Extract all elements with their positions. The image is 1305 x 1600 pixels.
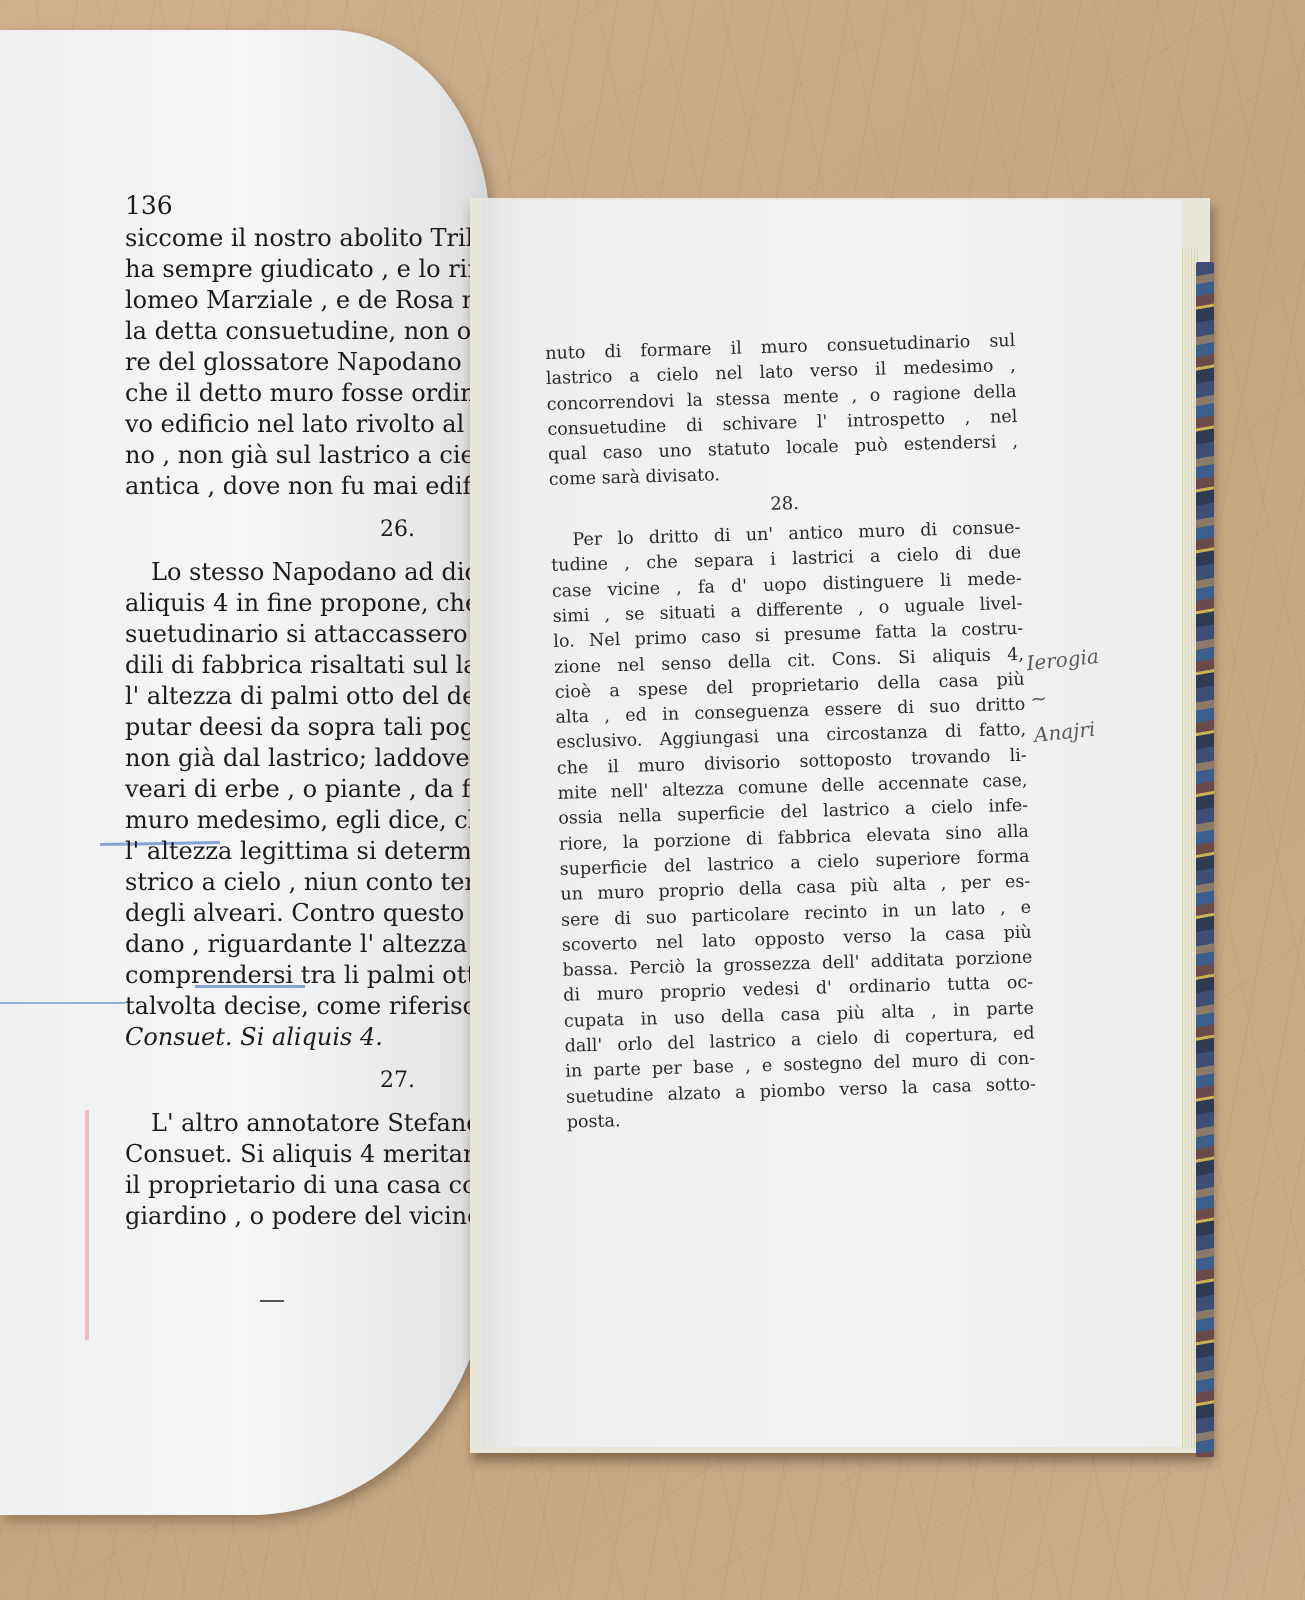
text-line: putar deesi da sopra tali poggiu (125, 712, 485, 743)
text-line: no , non già sul lastrico a ciel (125, 440, 485, 471)
text-line: talvolta decise, come riferisce de L (125, 991, 485, 1022)
margin-handwriting: Ierogia ~ Anajri (1025, 635, 1136, 753)
text-line: dili di fabbrica risaltati sul las (125, 650, 485, 681)
text-line: veari di erbe , o piante , da fo (125, 774, 485, 805)
page-number-left: 136 (125, 190, 485, 221)
marbled-cover-edge (1196, 262, 1214, 1457)
text-line: strico a cielo , niun conto tenend (125, 867, 485, 898)
text-line: degli alveari. Contro questo pare (125, 898, 485, 929)
pink-pencil-mark (85, 1110, 89, 1340)
right-page-text: nuto di formare il muro consuetudinario … (545, 329, 1037, 1136)
text-line: giardino , o podere del vicino, s (125, 1201, 485, 1232)
text-line: l' altezza legittima si determina (125, 836, 485, 867)
text-line: re del glossatore Napodano sou (125, 347, 485, 378)
text-line: muro medesimo, egli dice, che la (125, 805, 485, 836)
text-line: l' altezza di palmi otto del detto (125, 681, 485, 712)
section-number-26: 26. (125, 514, 485, 545)
text-line: dano , riguardante l' altezza deg (125, 929, 485, 960)
text-line: che il detto muro fosse ordin (125, 378, 485, 409)
text-line: siccome il nostro abolito Tribu (125, 223, 485, 254)
text-line: il proprietario di una casa contigu (125, 1170, 485, 1201)
text-line: Consuet. Si aliquis 4. (125, 1022, 485, 1053)
text-line: L' altro annotatore Stefano di Go (125, 1108, 485, 1139)
text-line: antica , dove non fu mai edifi (125, 471, 485, 502)
text-line: ha sempre giudicato , e lo rife (125, 254, 485, 285)
end-mark (260, 1300, 284, 1302)
text-line: la detta consuetudine, non ost (125, 316, 485, 347)
text-line: Lo stesso Napodano ad dictam (125, 557, 485, 588)
text-line: non già dal lastrico; laddove ne (125, 743, 485, 774)
blue-pencil-mark (0, 1002, 125, 1004)
text-line: vo edificio nel lato rivolto al (125, 409, 485, 440)
left-page-text: 136 siccome il nostro abolito Tribu ha s… (125, 190, 485, 1232)
left-page: 136 siccome il nostro abolito Tribu ha s… (0, 30, 490, 1515)
section-number-27: 27. (125, 1065, 485, 1096)
text-line: suetudinario si attaccassero pog (125, 619, 485, 650)
text-line: lomeo Marziale , e de Rosa ne (125, 285, 485, 316)
text-line: comprendersi tra li palmi otto, fu (125, 960, 485, 991)
text-line: Consuet. Si aliquis 4 meritamente (125, 1139, 485, 1170)
text-line: aliquis 4 in fine propone, che se (125, 588, 485, 619)
